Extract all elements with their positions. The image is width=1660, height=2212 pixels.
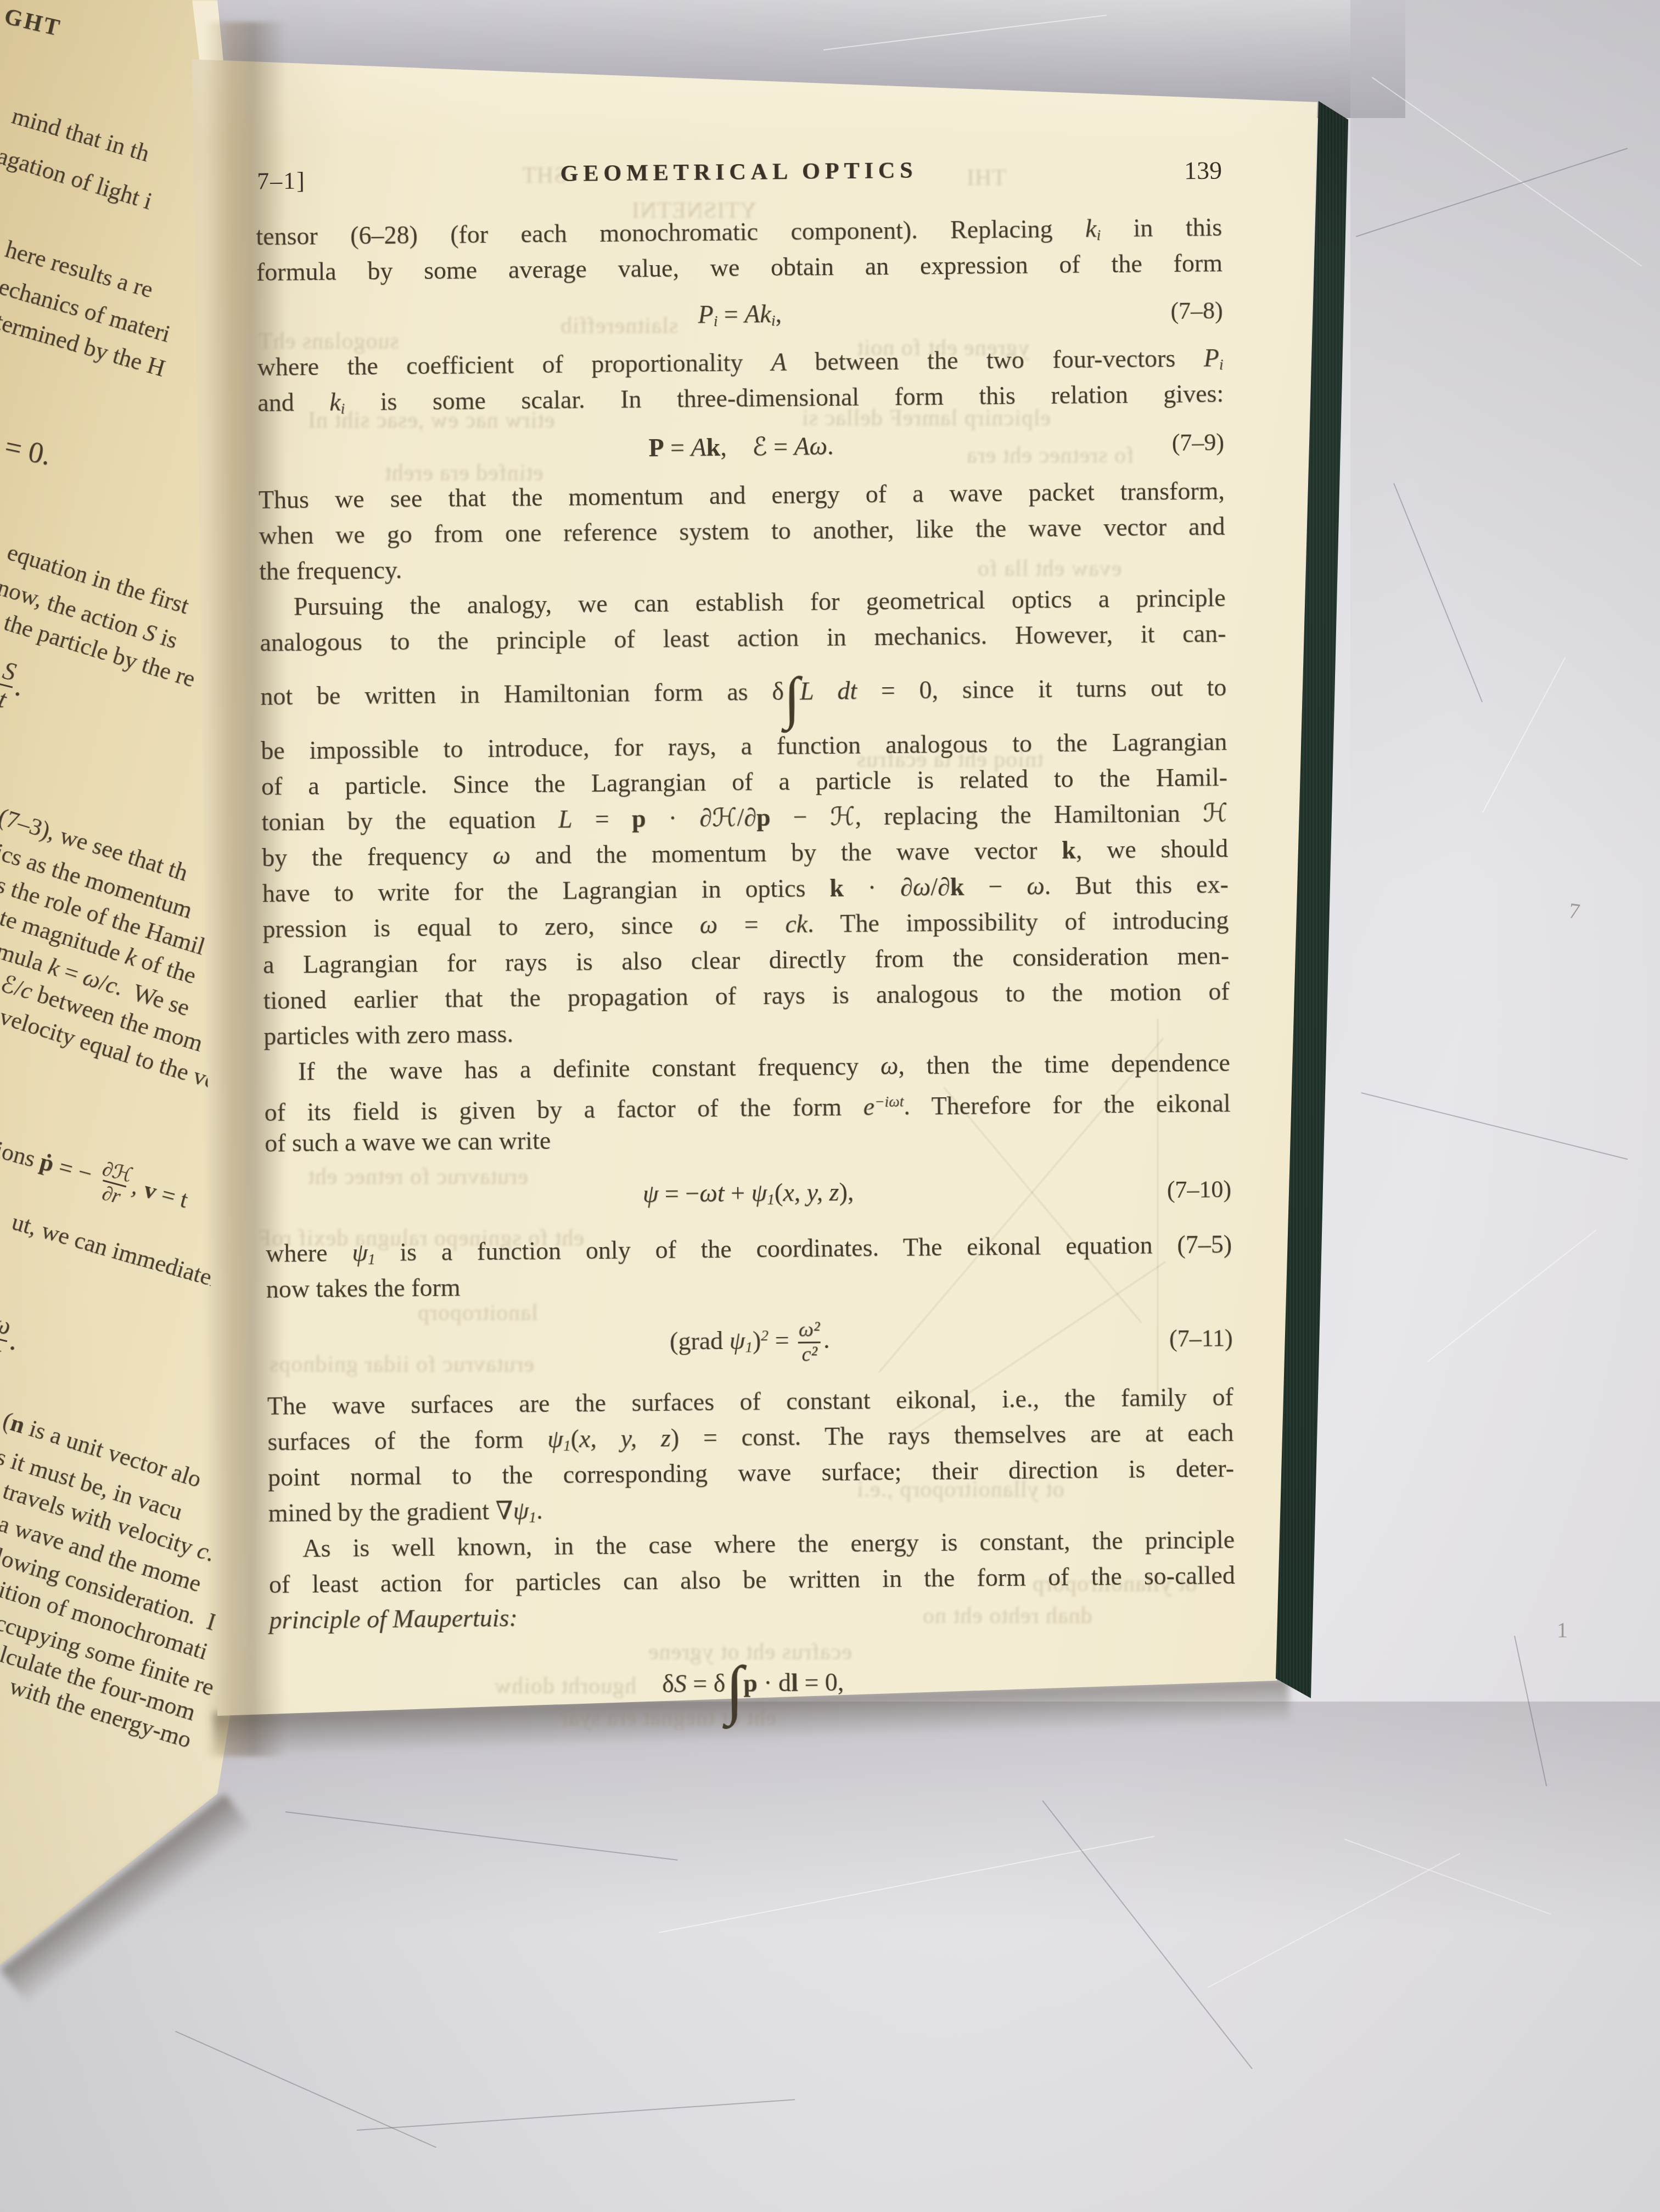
left-page-fragment: GHT: [2, 3, 64, 42]
pencil-mark: 1: [1557, 1617, 1568, 1643]
display-equation: δS = δ∫p · dl = 0,: [270, 1629, 1237, 1737]
display-equation: (grad ψ1)2 = ω²c².(7–11): [266, 1298, 1233, 1388]
equation-math: P = Ak, ℰ = Aω.: [648, 431, 834, 462]
left-page-fragment: ut, we can immediately: [9, 1208, 233, 1296]
left-page-fragment: St.: [0, 656, 29, 717]
equation-math: (grad ψ1)2 = ω²c².: [670, 1318, 830, 1367]
equation-tag: (7–11): [1169, 1324, 1233, 1353]
equation-math: δS = δ∫p · dl = 0,: [662, 1667, 844, 1698]
display-equation: P = Ak, ℰ = Aω.(7–9): [258, 411, 1225, 482]
equation-tag: (7–10): [1167, 1175, 1232, 1204]
display-equation: ψ = −ωt + ψ1(x, y, z),(7–10): [265, 1152, 1231, 1236]
display-equation: Pi = Aki,(7–8): [256, 280, 1223, 349]
text-line: not be written in Hamiltonian form as δ∫…: [260, 651, 1227, 733]
surface-bottom: [0, 1702, 1660, 2212]
left-page-fragment: ∂ω∂k.: [0, 1306, 24, 1371]
page-text: tensor (6–28) (for each monochromatic co…: [256, 209, 1236, 1737]
equation-tag: (7–9): [1171, 428, 1224, 457]
equation-math: Pi = Aki,: [698, 299, 782, 330]
page-number: 139: [1184, 156, 1222, 186]
open-book-photo: GHTmind that in thagation of light ihere…: [0, 0, 1660, 2212]
left-page-fragment: = 0.: [2, 429, 54, 472]
equation-tag: (7–8): [1170, 296, 1223, 325]
equation-math: ψ = −ωt + ψ1(x, y, z),: [643, 1177, 854, 1210]
left-page-fragment: ions ṗ = − ∂ℋ∂r, v = t: [0, 1130, 193, 1225]
